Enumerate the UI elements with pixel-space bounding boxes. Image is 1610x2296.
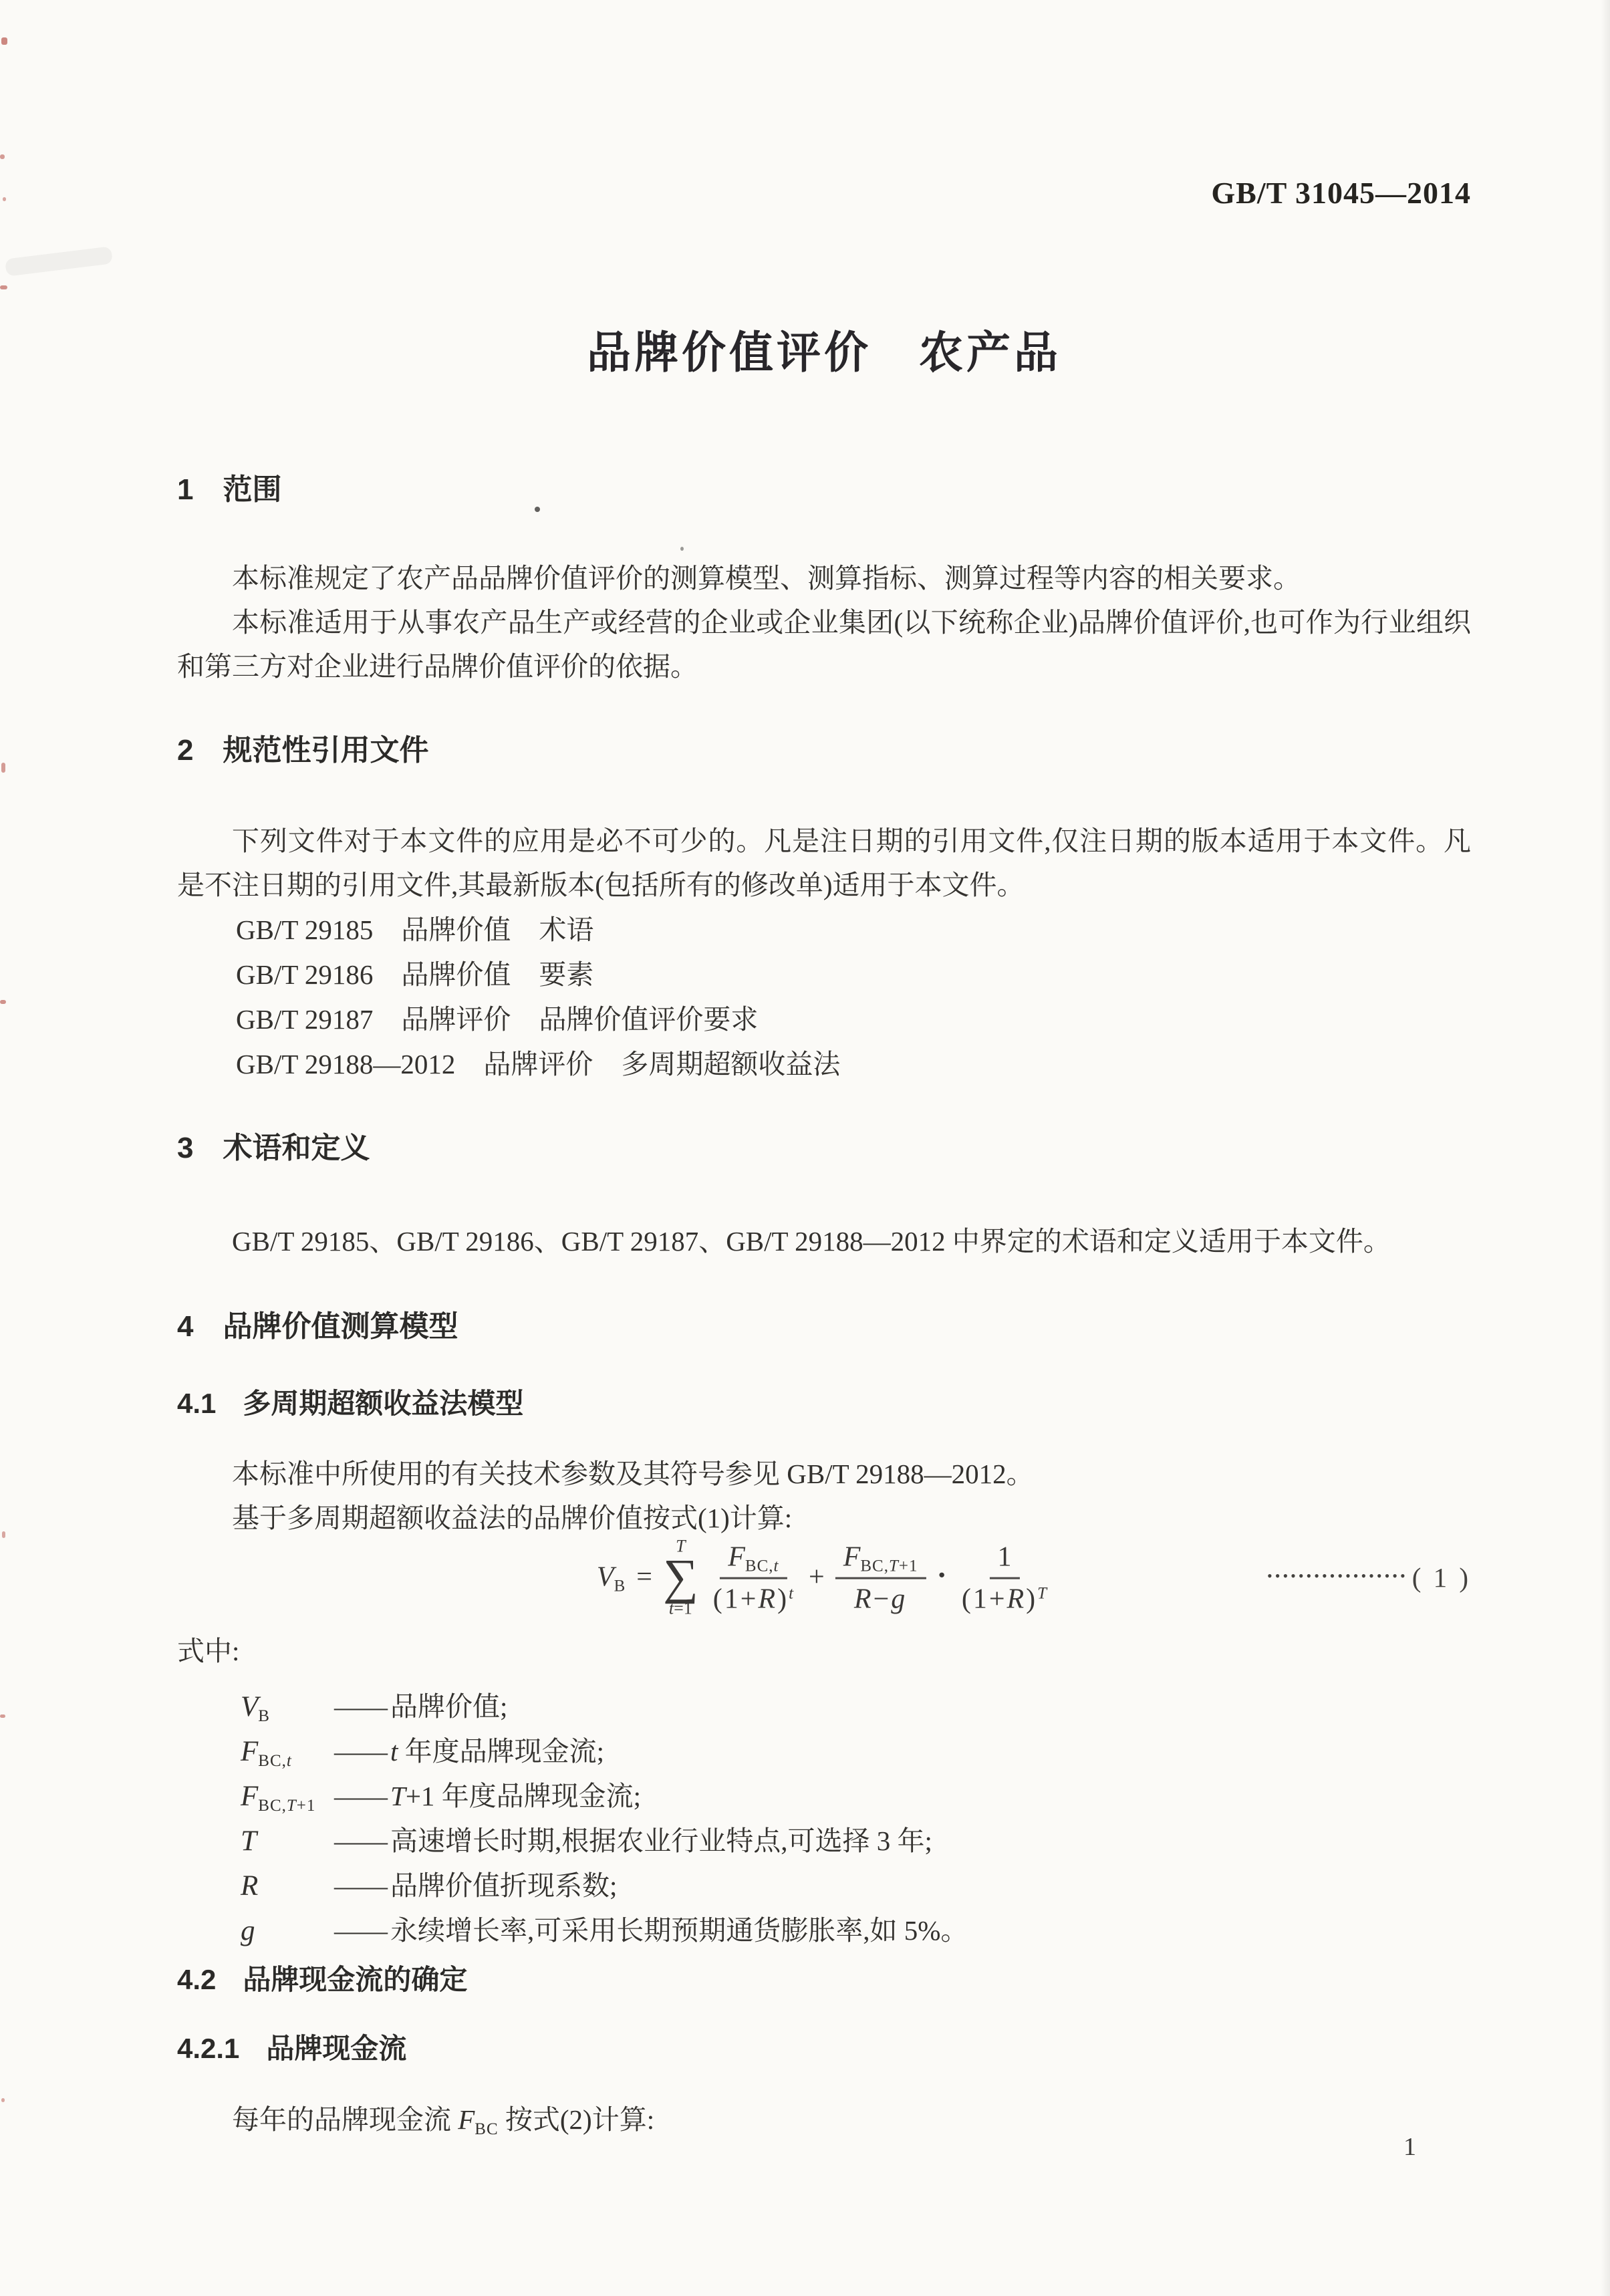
document-title: 品牌价值评价 农产品	[177, 317, 1471, 380]
section-label: 范围	[223, 471, 281, 509]
reference-title: 品牌评价	[401, 997, 511, 1042]
exponent-t: t	[789, 1585, 794, 1603]
subscript-t: t	[287, 1752, 292, 1770]
variable-definitions: VB —— 品牌价值; FBC,t —— t 年度品牌现金流; FBC,T+1 …	[177, 1684, 1471, 1953]
equation-number: ( 1 )	[1412, 1561, 1471, 1593]
scan-artifact	[1, 763, 5, 773]
definition-row: R —— 品牌价值折现系数;	[177, 1864, 1471, 1908]
var-V-subscript: B	[614, 1577, 626, 1596]
equation-reference: •••••••••••••••••• ( 1 )	[1267, 1561, 1471, 1593]
definition-row: T —— 高速增长时期,根据农业行业特点,可选择 3 年;	[177, 1819, 1471, 1864]
var-T: T	[390, 1781, 406, 1811]
paragraph: 下列文件对于本文件的应用是必不可少的。凡是注日期的引用文件,仅注日期的版本适用于…	[177, 819, 1471, 907]
definition-text: 永续增长率,可采用长期预期通货膨胀率,如 5%。	[390, 1908, 968, 1948]
minus-sign: −	[874, 1583, 892, 1614]
paren: )	[1026, 1583, 1037, 1614]
fraction-2: FBC,T+1 R−g	[835, 1541, 926, 1614]
fraction-1-denominator: (1+R)t	[709, 1579, 798, 1614]
symbol-FBCT1: FBC,T+1	[241, 1780, 334, 1813]
var-F-subscript: BC,t	[258, 1752, 292, 1770]
symbol-FBCt: FBC,t	[241, 1735, 334, 1768]
multiplication-dot: ·	[936, 1557, 946, 1592]
section-number: 3	[177, 1130, 193, 1167]
var-F: F	[843, 1541, 861, 1572]
definition-row: VB —— 品牌价值;	[177, 1684, 1471, 1729]
section-3-heading: 3 术语和定义	[177, 1130, 1471, 1167]
reference-item: GB/T 29187 品牌评价 品牌价值评价要求	[177, 997, 1471, 1042]
fraction-3-denominator: (1+R)T	[958, 1579, 1051, 1614]
symbol-g: g	[241, 1914, 334, 1947]
fraction-3: 1 (1+R)T	[958, 1541, 1051, 1614]
reference-item: GB/T 29186 品牌价值 要素	[177, 952, 1471, 997]
section-4-1-heading: 4.1 多周期超额收益法模型	[177, 1386, 1471, 1422]
paragraph: 本标准适用于从事农产品生产或经营的企业或企业集团(以下统称企业)品牌价值评价,也…	[177, 600, 1471, 688]
reference-code: GB/T 29188—2012	[236, 1042, 455, 1087]
section-2-heading: 2 规范性引用文件	[177, 732, 1471, 769]
var-R: R	[1007, 1583, 1027, 1614]
definition-dash: ——	[334, 1870, 386, 1902]
symbol-VB: VB	[241, 1690, 334, 1723]
summation: T ∑ t=1	[663, 1538, 698, 1618]
document-page: GB/T 31045—2014 品牌价值评价 农产品 1 范围 本标准规定了农产…	[0, 0, 1610, 2296]
definition-dash: ——	[334, 1735, 386, 1767]
reference-item: GB/T 29188—2012 品牌评价 多周期超额收益法	[177, 1042, 1471, 1087]
var-R: R	[758, 1583, 777, 1614]
scan-artifact	[0, 1714, 5, 1718]
scan-artifact	[1, 37, 7, 45]
reference-title: 品牌价值	[401, 908, 511, 952]
definition-text: T+1 年度品牌现金流;	[390, 1774, 641, 1813]
paragraph-text: 按式(2)计算:	[499, 2104, 654, 2135]
formula-expression: VB = T ∑ t=1 FBC,t (1+R)t + FBC,T+1 R−g …	[597, 1538, 1051, 1618]
scan-artifact	[0, 154, 5, 159]
symbol-R: R	[241, 1870, 334, 1902]
paren: )	[777, 1583, 789, 1614]
scan-artifact	[0, 1000, 6, 1004]
subscript-BC: BC,	[745, 1557, 774, 1575]
formula-1: VB = T ∑ t=1 FBC,t (1+R)t + FBC,T+1 R−g …	[177, 1539, 1471, 1616]
var-F: F	[241, 1736, 258, 1767]
subscript-T: T	[889, 1557, 899, 1575]
section-number: 4.2.1	[177, 2031, 239, 2067]
section-number: 4	[177, 1308, 193, 1346]
sigma-symbol: ∑	[663, 1557, 698, 1599]
paragraph-text: 每年的品牌现金流	[232, 2104, 458, 2135]
section-number: 2	[177, 732, 193, 769]
scan-artifact	[2, 1531, 5, 1538]
section-label: 术语和定义	[223, 1130, 370, 1167]
section-label: 品牌现金流	[266, 2031, 406, 2067]
paren: (1+	[962, 1583, 1007, 1614]
scan-artifact	[1, 2098, 5, 2102]
plus-1: +1	[406, 1781, 435, 1811]
reference-code: GB/T 29185	[236, 908, 373, 952]
reference-title: 品牌价值	[401, 952, 511, 997]
formula-lhs: VB	[597, 1561, 626, 1593]
section-number: 4.1	[177, 1386, 216, 1422]
definition-text-body: 年度品牌现金流;	[398, 1736, 604, 1767]
fraction-1-numerator: FBC,t	[720, 1541, 787, 1579]
subscript-BC: BC,	[258, 1797, 287, 1815]
var-F-subscript: BC,t	[745, 1557, 779, 1575]
section-label: 品牌现金流的确定	[243, 1962, 467, 1998]
fraction-2-denominator: R−g	[850, 1579, 911, 1614]
section-4-2-heading: 4.2 品牌现金流的确定	[177, 1962, 1471, 1998]
section-label: 规范性引用文件	[223, 732, 428, 769]
section-label: 品牌价值测算模型	[223, 1308, 458, 1346]
fraction-1: FBC,t (1+R)t	[709, 1541, 798, 1614]
paragraph: 本标准规定了农产品品牌价值评价的测算模型、测算指标、测算过程等内容的相关要求。	[177, 556, 1471, 600]
reference-item: GB/T 29185 品牌价值 术语	[177, 908, 1471, 952]
plus-sign: +	[809, 1561, 825, 1593]
dot-leader: ••••••••••••••••••	[1267, 1567, 1408, 1585]
scan-artifact	[5, 246, 113, 276]
scan-artifact	[3, 197, 6, 201]
reference-code: GB/T 29186	[236, 952, 373, 997]
reference-subtitle: 多周期超额收益法	[621, 1042, 840, 1087]
var-F: F	[728, 1541, 745, 1572]
definition-dash: ——	[334, 1780, 386, 1812]
fraction-2-numerator: FBC,T+1	[835, 1541, 926, 1579]
normative-references: GB/T 29185 品牌价值 术语 GB/T 29186 品牌价值 要素 GB…	[177, 908, 1471, 1087]
definition-row: FBC,t —— t 年度品牌现金流;	[177, 1729, 1471, 1774]
definition-row: g —— 永续增长率,可采用长期预期通货膨胀率,如 5%。	[177, 1908, 1471, 1953]
subscript-plus-1: +1	[297, 1797, 316, 1815]
definition-text-body: 年度品牌现金流;	[434, 1781, 641, 1811]
subscript-plus-1: +1	[899, 1557, 918, 1575]
symbol-T: T	[241, 1825, 334, 1858]
scan-artifact	[0, 285, 7, 289]
var-F-subscript: BC,T+1	[860, 1557, 918, 1575]
page-number: 1	[177, 2132, 1471, 2162]
var-g: g	[891, 1583, 907, 1614]
equals-sign: =	[636, 1561, 652, 1593]
reference-code: GB/T 29187	[236, 997, 373, 1042]
subscript-BC: BC,	[860, 1557, 889, 1575]
section-1-heading: 1 范围	[177, 471, 1471, 509]
section-label: 多周期超额收益法模型	[243, 1386, 523, 1422]
definition-dash: ——	[334, 1825, 386, 1857]
var-t: t	[390, 1736, 398, 1767]
reference-title: 品牌评价	[483, 1042, 593, 1087]
subscript-t: t	[774, 1557, 779, 1575]
reference-subtitle: 术语	[539, 908, 593, 952]
var-R: R	[854, 1583, 874, 1614]
where-label: 式中:	[177, 1631, 1471, 1671]
section-4-2-1-heading: 4.2.1 品牌现金流	[177, 2031, 1471, 2067]
standard-code: GB/T 31045—2014	[177, 175, 1471, 211]
paren: (1+	[713, 1583, 759, 1614]
var-V: V	[241, 1691, 258, 1723]
paragraph: GB/T 29185、GB/T 29186、GB/T 29187、GB/T 29…	[177, 1219, 1471, 1263]
var-F-subscript: BC,T+1	[258, 1797, 315, 1815]
var-F: F	[241, 1781, 258, 1812]
definition-dash: ——	[334, 1690, 386, 1723]
scan-artifact	[680, 547, 684, 551]
paragraph: 基于多周期超额收益法的品牌价值按式(1)计算:	[177, 1496, 1471, 1540]
definition-row: FBC,T+1 —— T+1 年度品牌现金流;	[177, 1774, 1471, 1819]
section-4-heading: 4 品牌价值测算模型	[177, 1308, 1471, 1346]
definition-dash: ——	[334, 1914, 386, 1946]
definition-text: 品牌价值;	[390, 1684, 507, 1724]
definition-text: 高速增长时期,根据农业行业特点,可选择 3 年;	[390, 1819, 932, 1858]
subscript-T: T	[287, 1797, 297, 1815]
subscript-B: B	[258, 1707, 270, 1725]
reference-subtitle: 品牌价值评价要求	[539, 997, 758, 1042]
reference-subtitle: 要素	[539, 952, 593, 997]
definition-text: 品牌价值折现系数;	[390, 1864, 617, 1903]
section-number: 1	[177, 471, 193, 509]
fraction-3-numerator: 1	[989, 1541, 1019, 1579]
var-V: V	[597, 1562, 614, 1593]
sum-index-start: =1	[674, 1598, 692, 1618]
definition-text: t 年度品牌现金流;	[390, 1729, 604, 1769]
sum-lower-limit: t=1	[669, 1600, 692, 1617]
paragraph: 本标准中所使用的有关技术参数及其符号参见 GB/T 29188—2012。	[177, 1452, 1471, 1496]
var-F: F	[458, 2104, 475, 2135]
subscript-BC: BC,	[258, 1752, 287, 1770]
section-number: 4.2	[177, 1962, 216, 1998]
exponent-T: T	[1037, 1585, 1047, 1603]
